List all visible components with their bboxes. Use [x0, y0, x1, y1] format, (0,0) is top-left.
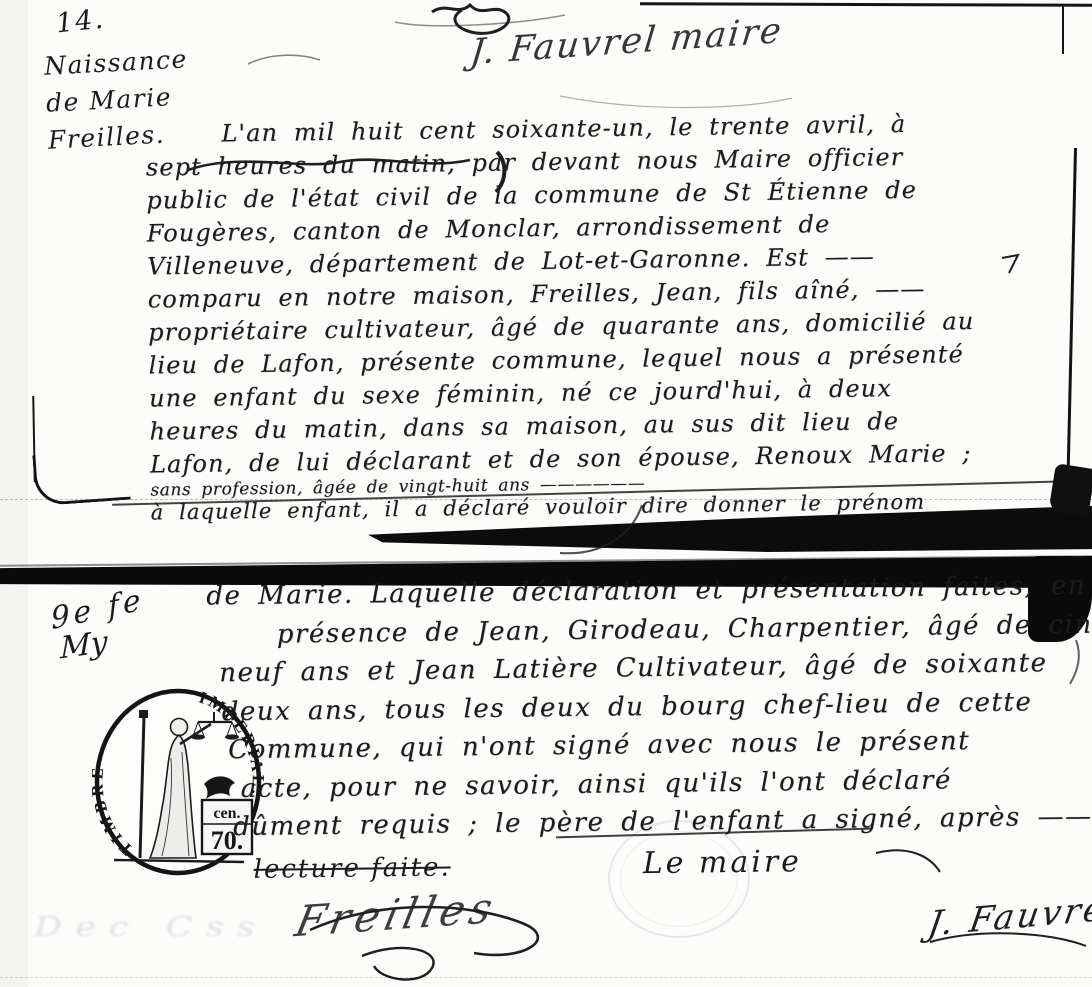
ink-flourish: [432, 5, 509, 33]
ghost-bleed-text: Dec Css: [34, 912, 268, 943]
page-edge-line: [640, 2, 1092, 6]
ink-flourish: [362, 948, 434, 980]
closing-phrase: lecture faite.: [253, 852, 450, 884]
father-signature: Freilles: [291, 883, 502, 947]
ink-flourish: [560, 96, 792, 108]
page-edge-line: [1062, 6, 1064, 54]
page-corner-line: [32, 449, 130, 507]
mayor-title: Le maire: [642, 844, 802, 881]
faint-rule: [0, 977, 1092, 978]
ink-flourish: [395, 15, 565, 26]
faint-rule: [0, 499, 1092, 500]
act-number: 14.: [55, 4, 107, 40]
header-mayor-signature: J. Fauvrel maire: [468, 11, 785, 73]
document-scan: 14. Naissance de Marie Freilles. J. Fauv…: [0, 0, 1092, 987]
scan-margin-strip: [0, 0, 28, 987]
margin-title-line: de Marie: [45, 77, 190, 121]
margin-paraph: My: [60, 625, 107, 667]
mayor-signature: J. Fauvrel: [925, 887, 1092, 944]
act-body-text-page2: de Marie. Laquelle déclaration et présen…: [212, 571, 1092, 891]
act-body-text: L'an mil huit cent soixante-un, le trent…: [145, 107, 1087, 526]
scan-shadow-blob: [1048, 463, 1092, 517]
ink-flourish: [248, 55, 320, 64]
